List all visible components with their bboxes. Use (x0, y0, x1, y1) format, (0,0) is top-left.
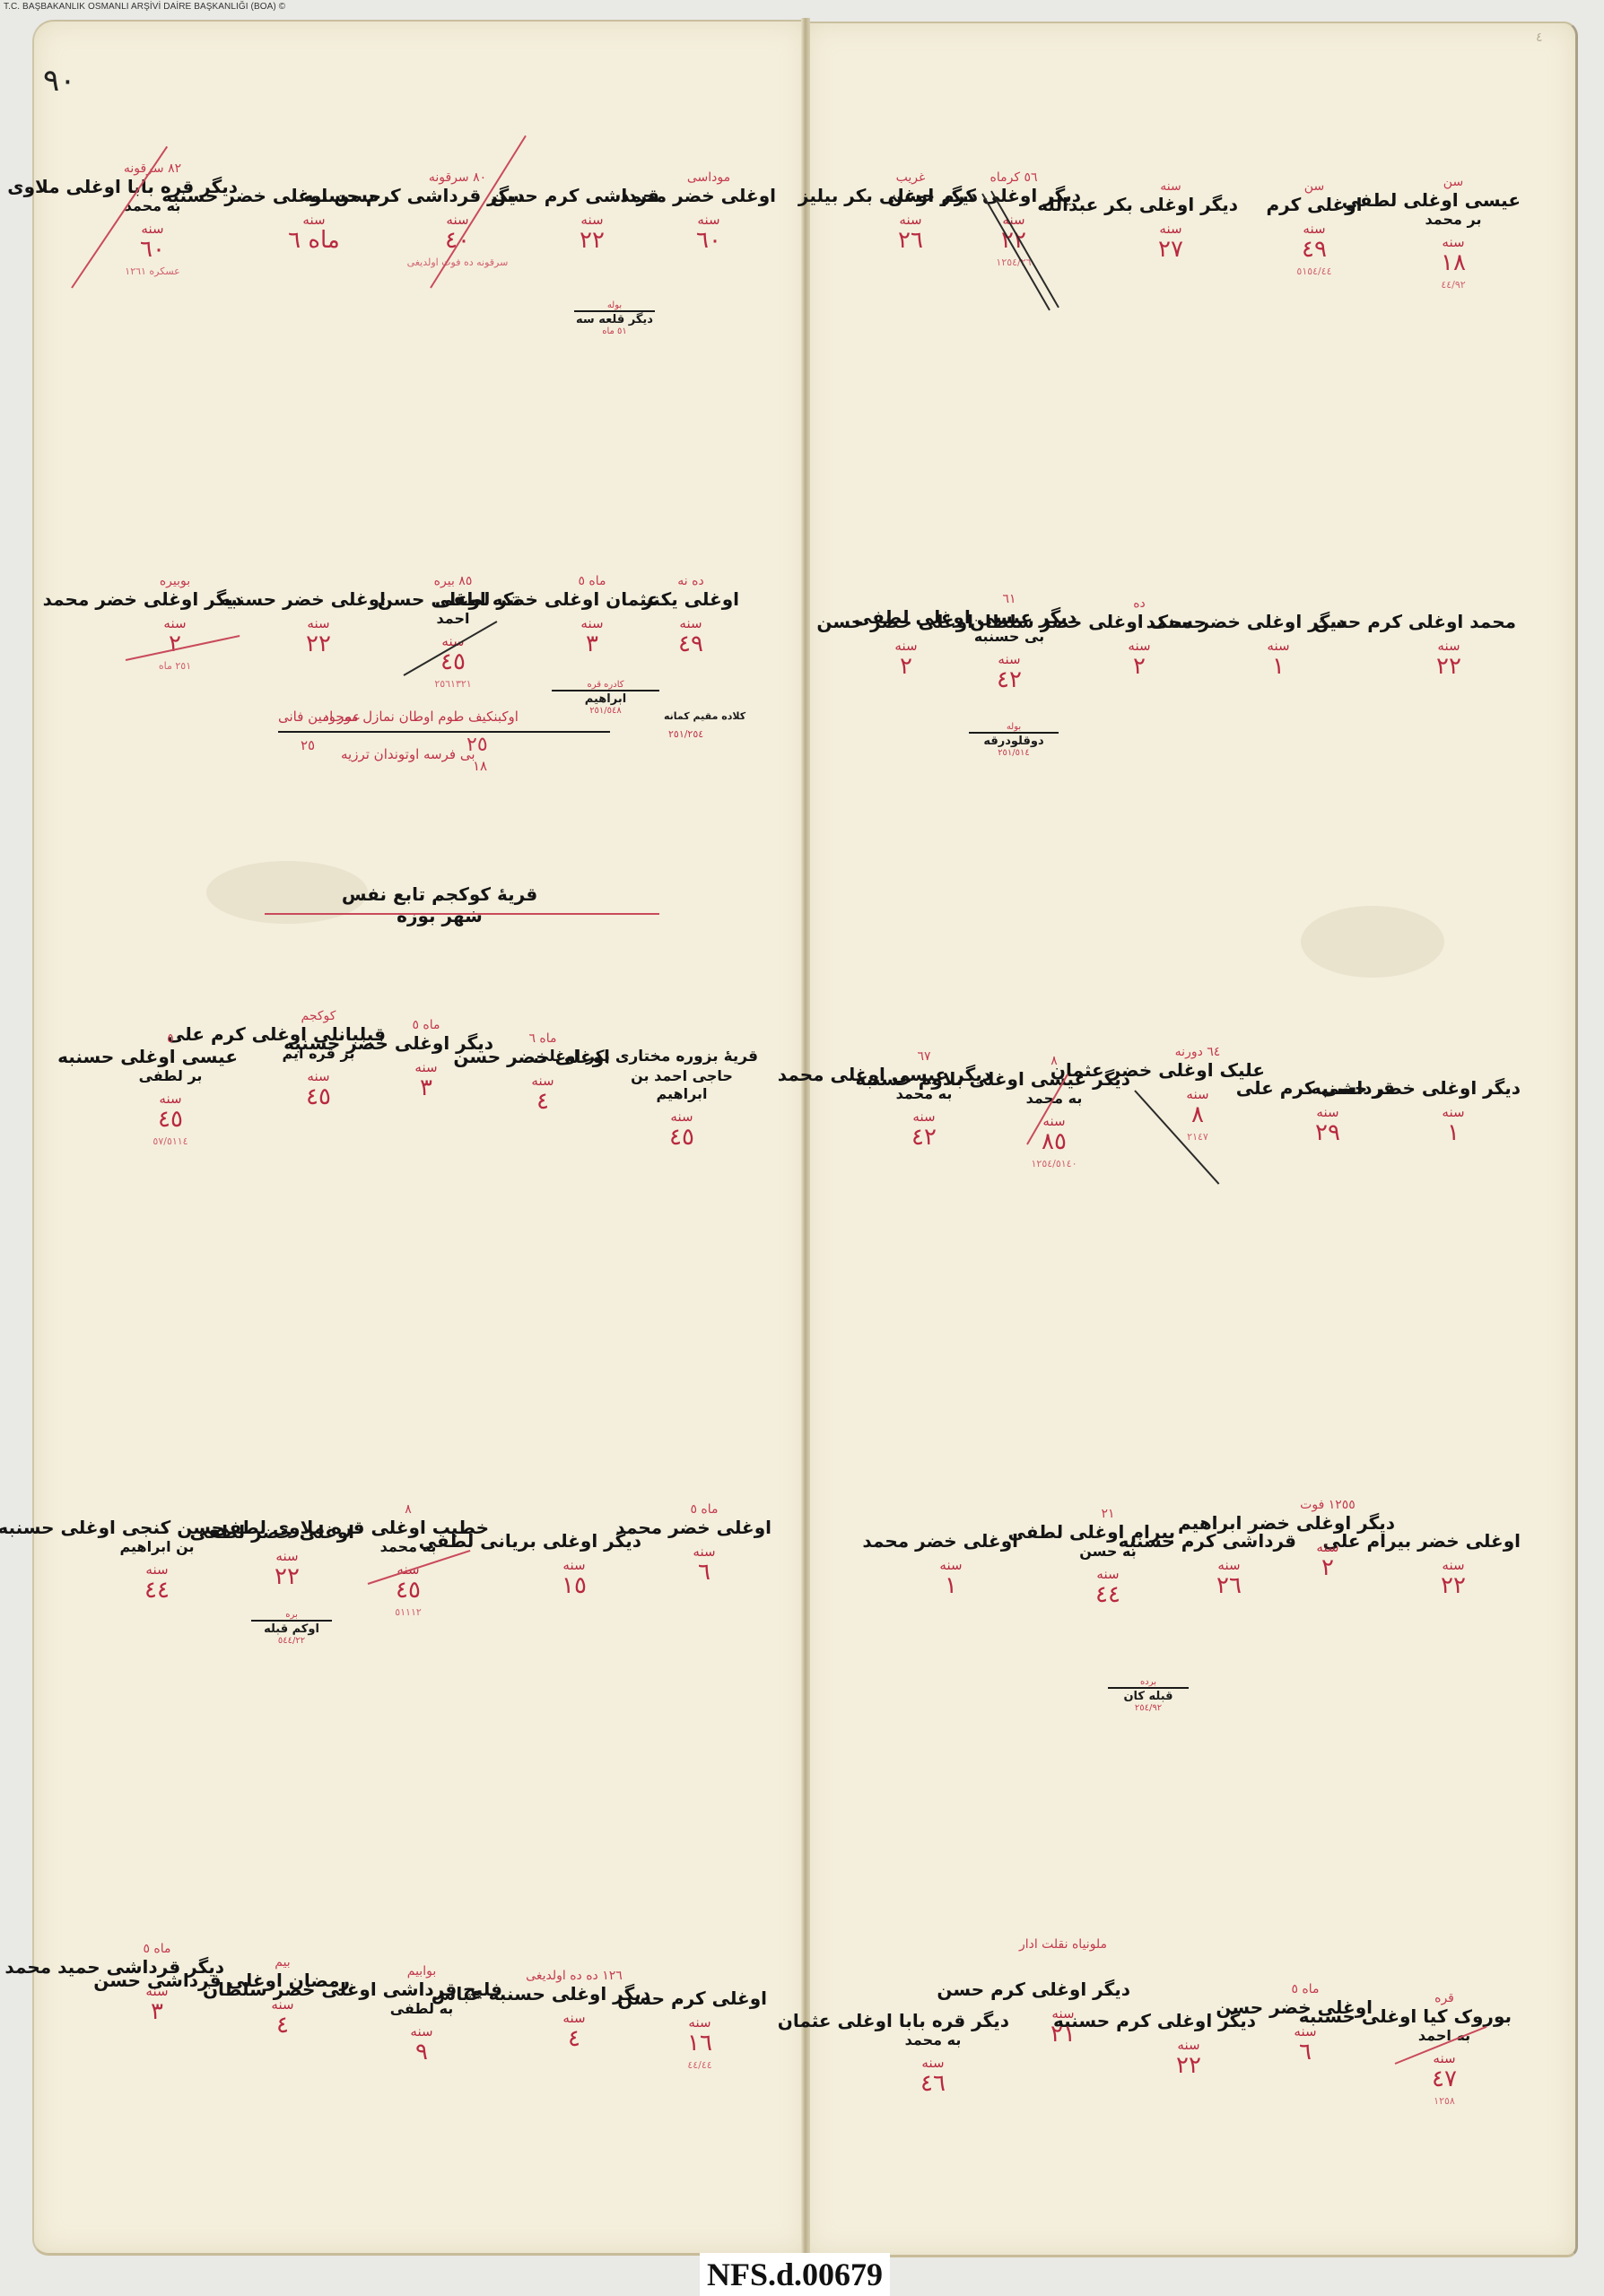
register-entry: ده حسنک اوغلی خضر سلطان سنه ٢ (1072, 596, 1207, 679)
entry-name: اوغلی کرم (1247, 194, 1382, 215)
entry-name: حسن کنجی اوغلی حسنبه (90, 1517, 224, 1538)
entry-name: تکه اوغلی حسن (386, 588, 520, 610)
entry-age: ٢٢ (525, 228, 659, 253)
register-entry: اوغلی خضر حسنبه سنه ٢٢ (251, 574, 386, 657)
entry-name: اوغلی خضر لطفی (220, 1521, 354, 1543)
entry-note (220, 1507, 354, 1521)
entry-age: ١ (1386, 1120, 1521, 1145)
register-entry: ماه ٦ اوغلی خضر حسن سنه ٤ (475, 1031, 610, 1114)
entry-age: ٣ (90, 1999, 224, 2024)
entry-note (1382, 596, 1516, 611)
register-entry: ماه ٥ عثمان اوغلی خضر لطفی سنه ٣ (525, 574, 659, 657)
entry-age: ١٦ (632, 2031, 767, 2056)
entry-note (1386, 1063, 1521, 1077)
entry-age: ٤ (498, 2026, 650, 2051)
entry-age: ٤٧ (1377, 2066, 1512, 2092)
entry-age: ٤٢ (857, 1125, 991, 1150)
section-bottom-note: بی فرسه اوتوندان ترزیه (341, 746, 475, 762)
entry-age: ١٥ (507, 1573, 641, 1598)
register-entry: ماه ٥ دیگر قرداشی حمید محمد سنه ٣ (90, 1942, 224, 2024)
entry-name: عثمان اوغلی خضر لطفی (525, 588, 659, 610)
entry-age: ٩ (341, 2039, 502, 2065)
entry-name: رمضان اوغلی قرداشی حسن (215, 1970, 350, 1991)
entry-name: اوغلی خضر حسن (1238, 1996, 1373, 2018)
entry-sub: حاجی احمد بن ابراهیم (606, 1067, 758, 1103)
entry-age: ١٨ (1386, 250, 1521, 275)
register-entry: بوابیم فلیچ قرداشی اوغلی خضر سلطان به لط… (341, 1964, 502, 2065)
entry-name: دیگر قره بابا اوغلی عثمان (857, 2010, 1009, 2031)
section-header-rule (265, 913, 659, 915)
age-label: سنه (251, 615, 386, 631)
entry-sub: به محمد (857, 2031, 1009, 2049)
section-rule (278, 731, 610, 733)
age-label: سنه (67, 221, 238, 237)
entry-name: دیگر قرداشی حمید محمد (90, 1956, 224, 1978)
entry-age: ٢٧ (1103, 237, 1238, 262)
entry-age: ٢٦ (843, 228, 978, 253)
entry-age: ٢٢ (1121, 2053, 1256, 2078)
register-entry: قرداشی کرم علی سنه ٢٩ (1260, 1063, 1395, 1145)
age-label: سنه (1238, 2023, 1373, 2039)
register-entry: اوغلی خضر محمد سنه ١ (884, 1516, 1018, 1598)
entry-note (857, 1996, 1009, 2010)
entry-name: دیگر قره بابا اوغلی ملاوی لطفی (67, 176, 238, 197)
household-count: ٢٥١/٢٥٤ (668, 728, 703, 740)
entry-note: ٨٥ بیره (386, 574, 520, 588)
entry-note: ٢١ (1041, 1507, 1175, 1521)
entry-age: ٣ (525, 631, 659, 657)
margin-note: ١٢٥٤/٢٦ (946, 257, 1081, 268)
register-entry: قرداشی کرم حسن سنه ٢٢ (525, 170, 659, 253)
register-entry: سن عیسی اوغلی لطفی بر محمد سنه ١٨ ٤٤/٩٢ (1386, 175, 1521, 291)
entry-age: ٤٥ (251, 1084, 386, 1109)
entry-note: ماه ٦ (475, 1031, 610, 1046)
entry-age: ٤٥ (606, 1125, 758, 1150)
entry-name: اوغلی خضر محمد (637, 1517, 771, 1538)
register-entry: ٥ عیسی اوغلی حسنبه بر لطفی سنه ٤٥ ٥٧/٥١١… (103, 1031, 238, 1147)
age-label: سنه (247, 212, 381, 228)
age-label: سنه (341, 2023, 502, 2039)
entry-age: ٤ (475, 1089, 610, 1114)
entry-age: ٢٢ (220, 1564, 354, 1589)
entry-note (525, 170, 659, 185)
entry-name: قبلبانلی اوغلی کرم علی (251, 1023, 386, 1045)
entry-name: اوغلی خضر بیرام علی (1386, 1530, 1521, 1552)
entry-sub: بر قره ایم (251, 1045, 386, 1063)
age-label: سنه (251, 1068, 386, 1084)
register-entry: اوغلی خضر بیرام علی سنه ٢٢ (1386, 1516, 1521, 1598)
entry-age: ٦ (1238, 2039, 1373, 2065)
age-label: سنه (978, 1113, 1130, 1129)
margin-note: ٢١٤٧ (1130, 1131, 1265, 1143)
row-subtotal-stamp: بوله دوقلودرقه ٢٥١/٥١٤ (969, 722, 1059, 758)
entry-name: حسنک اوغلی خضر سلطان (1072, 611, 1207, 632)
register-entry: دیگر اوغلی بریانی لطفی سنه ١٥ (507, 1516, 641, 1598)
row-subtotal-stamp: بوله دیگر قلعه سه ٥١ ماه (574, 300, 655, 336)
entry-age: ٦ (637, 1560, 771, 1585)
entry-note (1211, 596, 1346, 611)
entry-name: دیگر اوغلی حسنبه عباس (498, 1983, 650, 2005)
entry-note: کوکجم (251, 1009, 386, 1023)
age-label: سنه (1386, 1104, 1521, 1120)
entry-note: موداسی (641, 170, 776, 185)
entry-age: ٤٥ (103, 1107, 238, 1132)
village-section-header: قریۀ کوکجم تابع نفس شهر بوزه (323, 883, 556, 926)
entry-age: ٢٦ (1162, 1573, 1296, 1598)
age-label: سنه (632, 2014, 767, 2031)
entry-age: ١ (1211, 654, 1346, 679)
entry-name: فلیچ قرداشی اوغلی خضر سلطان (341, 1979, 502, 2000)
age-label: سنه (1041, 1566, 1175, 1582)
margin-note: ٤٤/٩٢ (1386, 279, 1521, 291)
register-entry: ملونیاه نقلت ادار دیگر اوغلی کرم حسن سنه… (996, 1937, 1130, 2047)
margin-note: ٢٥٦١٣٢١ (386, 678, 520, 690)
register-entry: ماه ٥ اوغلی خضر محمد سنه ٦ (637, 1502, 771, 1585)
entry-note (1162, 1516, 1296, 1530)
entry-note: ٨٠ سرقونه (390, 170, 525, 185)
entry-age: ٤٤ (90, 1578, 224, 1603)
entry-name: اوغلی کرم حسن (632, 1987, 767, 2009)
register-entry: بیم رمضان اوغلی قرداشی حسن سنه ٤ (215, 1955, 350, 2038)
entry-name: حسن اوغلی خضر حسنبه (247, 185, 381, 206)
entry-age: ٢ (1072, 654, 1207, 679)
age-label: سنه (475, 1073, 610, 1089)
register-entry: قریۀ بزوره مختاری بکر اوغلی حاجی احمد بن… (606, 1031, 758, 1150)
margin-note: عسکره ١٢٦١ (67, 265, 238, 277)
entry-note: ماه ٥ (637, 1502, 771, 1517)
entry-age: ٢١ (996, 2022, 1130, 2047)
archive-reference-label: NFS.d.00679 (700, 2253, 890, 2296)
entry-sub: احمد (386, 610, 520, 628)
entry-age: ٢ (108, 631, 242, 657)
entry-age: ٤٩ (1247, 237, 1382, 262)
entry-note: بوبیره (108, 574, 242, 588)
paper-stain (1301, 906, 1444, 978)
entry-name: دیگر اوغلی بکر بیلیز (843, 185, 978, 206)
margin-note: ١٢٥٤/٥١٤٠ (978, 1158, 1130, 1170)
entry-sub: بن ابراهیم (90, 1538, 224, 1556)
entry-age: ٢٩ (1260, 1120, 1395, 1145)
entry-name: بیرام اوغلی لطفی (1041, 1521, 1175, 1543)
book-spine (801, 18, 810, 2257)
register-entry: غریب دیگر اوغلی بکر بیلیز سنه ٢٦ (843, 170, 978, 253)
entry-name: دیگر اوغلی خضر محمد (108, 588, 242, 610)
entry-sub: به حسن (1041, 1543, 1175, 1561)
entry-note: ٥ (103, 1031, 238, 1046)
entry-note: ١٢٥٥ فوت (1260, 1498, 1395, 1512)
age-label: سنه (498, 2010, 650, 2026)
entry-note (1260, 1063, 1395, 1077)
age-label: سنه (839, 638, 973, 654)
register-entry: بوبیره دیگر اوغلی خضر محمد سنه ٢ ٢٥١ ماه (108, 574, 242, 672)
entry-note: سن (1386, 175, 1521, 189)
folio-number-right: ٤ (1536, 30, 1543, 45)
entry-note: ٦٤ دورنه (1130, 1045, 1265, 1059)
age-label: سنه (525, 615, 659, 631)
age-label: سنه (215, 1996, 350, 2013)
section-age-left: ٢٥ (301, 737, 315, 753)
register-entry: دیگر اوغلی کرم حسنبه سنه ٢٢ (1121, 1996, 1256, 2078)
register-entry: قره بوروک کیا اوغلی حسنبه به احمد سنه ٤٧… (1377, 1991, 1512, 2107)
age-label: سنه (1382, 638, 1516, 654)
register-entry: اوغلی خضر لطفی سنه ٢٢ (220, 1507, 354, 1589)
entry-name: قریۀ بزوره مختاری بکر اوغلی (606, 1046, 758, 1067)
age-label: سنه (1103, 221, 1238, 237)
age-label: سنه (1072, 638, 1207, 654)
register-entry: کوکجم قبلبانلی اوغلی کرم علی بر قره ایم … (251, 1009, 386, 1109)
margin-note: ٤٤/٤٤ (632, 2059, 767, 2071)
margin-note: ٢٥١ ماه (108, 660, 242, 672)
entry-name: بوروک کیا اوغلی حسنبه (1377, 2005, 1512, 2027)
register-entry: اوغلی کرم حسن سنه ١٦ ٤٤/٤٤ (632, 1973, 767, 2071)
register-entry: سن اوغلی کرم سنه ٤٩ ٥١٥٤/٤٤ (1247, 179, 1382, 277)
margin-note: ٥٧/٥١١٤ (103, 1135, 238, 1147)
age-label: سنه (857, 2055, 1009, 2071)
entry-name: اوغلی خضر حسنبه (251, 588, 386, 610)
age-label: سنه (525, 212, 659, 228)
entry-note (90, 1502, 224, 1517)
register-entry: ١٢٦ ده ده اولدیغی دیگر اوغلی حسنبه عباس … (498, 1969, 650, 2051)
entry-age: ماه ٦ (247, 228, 381, 253)
entry-note: بیم (215, 1955, 350, 1970)
register-entry: حسن اوغلی خضر حسنبه سنه ماه ٦ (247, 170, 381, 253)
folio-number: ٩٠ (43, 63, 76, 99)
entry-age: ٤ (215, 2013, 350, 2038)
register-entry: دیگر اوغلی خضر حسنبه سنه ١ (1386, 1063, 1521, 1145)
entry-name: اوغلی خضر محمد (641, 185, 776, 206)
age-label: سنه (108, 615, 242, 631)
age-label: سنه (1130, 1086, 1265, 1102)
margin-note: سرقونه ده فوت اولدیغی (390, 257, 525, 268)
entry-age: ٦٠ (641, 228, 776, 253)
register-entry: ٦٤ دورنه علیک اوغلی خضر عثمان سنه ٨ ٢١٤٧ (1130, 1045, 1265, 1143)
entry-name: اوغلی خضر حسن (839, 611, 973, 632)
register-entry: حسن کنجی اوغلی حسنبه بن ابراهیم سنه ٤٤ (90, 1502, 224, 1603)
entry-name: دیگر اوغلی خضر محمد (1211, 611, 1346, 632)
entry-note (1121, 1996, 1256, 2010)
entry-sub: بر محمد (1386, 211, 1521, 229)
age-label: سنه (1162, 1557, 1296, 1573)
margin-note: ٥١٥٤/٤٤ (1247, 265, 1382, 277)
entry-sub: به محمد (857, 1085, 991, 1103)
entry-name: قرداشی کرم حسنبه (1162, 1530, 1296, 1552)
register-entry: محمد اوغلی کرم حسن سنه ٢٢ (1382, 596, 1516, 679)
entry-note (884, 1516, 1018, 1530)
age-label: سنه (637, 1544, 771, 1560)
entry-note (839, 596, 973, 611)
entry-note: سن (1247, 179, 1382, 194)
entry-note: ماه ٥ (525, 574, 659, 588)
register-entry: ٢١ بیرام اوغلی لطفی به حسن سنه ٤٤ (1041, 1507, 1175, 1607)
register-entry: ٦٧ دیگر عیسی اوغلی محمد به محمد سنه ٤٢ (857, 1049, 991, 1150)
entry-note (507, 1516, 641, 1530)
age-label: سنه (90, 1561, 224, 1578)
entry-note: ماه ٥ (90, 1942, 224, 1956)
entry-note: ملونیاه نقلت ادار (996, 1937, 1130, 1952)
entry-note (606, 1031, 758, 1046)
register-entry: ٨٢ سرقونه دیگر قره بابا اوغلی ملاوی لطفی… (67, 161, 238, 277)
entry-note: غریب (843, 170, 978, 185)
entry-age: ٢٢ (1386, 1573, 1521, 1598)
register-entry: دیگر قره بابا اوغلی عثمان به محمد سنه ٤٦ (857, 1996, 1009, 2096)
age-label: سنه (884, 1557, 1018, 1573)
archive-credit: T.C. BAŞBAKANLIK OSMANLI ARŞİVİ DAİRE BA… (4, 2, 285, 12)
register-entry: اوغلی خضر حسن سنه ٢ (839, 596, 973, 679)
entry-note: ٦٧ (857, 1049, 991, 1064)
row-subtotal-stamp: برده قبله کان ٢٥٤/٩٢ (1108, 1677, 1189, 1713)
entry-note: قره (1377, 1991, 1512, 2005)
entry-name: دیگر عیسی اوغلی محمد (857, 1064, 991, 1085)
age-label: سنه (1386, 1557, 1521, 1573)
entry-name: دیگر اوغلی کرم حسن (996, 1979, 1130, 2000)
entry-sub: بر لطفی (103, 1067, 238, 1085)
age-label: سنه (1386, 234, 1521, 250)
entry-age: ٤٠ (390, 228, 525, 253)
register-entry: دیگر اوغلی خضر محمد سنه ١ (1211, 596, 1346, 679)
entry-name: قرداشی کرم علی (1260, 1077, 1395, 1099)
entry-note: ماه ٥ (1238, 1982, 1373, 1996)
entry-note: ١٢٦ ده ده اولدیغی (498, 1969, 650, 1983)
age-label: سنه (857, 1109, 991, 1125)
entry-note (1386, 1516, 1521, 1530)
entry-name: قرداشی کرم حسن (525, 185, 659, 206)
register-entry: قرداشی کرم حسنبه سنه ٢٦ (1162, 1516, 1296, 1598)
entry-name: دیگر عیسی اوغلی بلاوم حسنبه (978, 1068, 1130, 1090)
entry-note: ده (1072, 596, 1207, 611)
register-entry: ماه ٥ اوغلی خضر حسن سنه ٦ (1238, 1982, 1373, 2065)
age-label: سنه (1377, 2050, 1512, 2066)
entry-sub: به لطفی (341, 2000, 502, 2018)
age-label: سنه (220, 1548, 354, 1564)
age-label: سنه (1211, 638, 1346, 654)
entry-age: ٨٥ (978, 1129, 1130, 1154)
entry-age: ٢٢ (1382, 654, 1516, 679)
age-label: سنه (606, 1109, 758, 1125)
age-label: سنه (1260, 1104, 1395, 1120)
entry-name: دیگر قرداشی کرم حسنبه (390, 185, 525, 206)
row-subtotal-stamp: بره اوکم قبله ٥٤٤/٢٢ (251, 1610, 332, 1646)
register-entry: سنه دیگر اوغلی بکر عبدالله سنه ٢٧ (1103, 179, 1238, 262)
entry-name: دیگر اوغلی خضر حسنبه (1386, 1077, 1521, 1099)
margin-note: ١٢٥٨ (1377, 2095, 1512, 2107)
entry-name: اوغلی خضر حسن (475, 1046, 610, 1067)
entry-name: دیگر اوغلی بریانی لطفی (507, 1530, 641, 1552)
entry-name: دیگر اوغلی کرم حسنبه (1121, 2010, 1256, 2031)
entry-age: ٢ (839, 654, 973, 679)
age-label: سنه (641, 212, 776, 228)
entry-note: بوابیم (341, 1964, 502, 1979)
entry-note: سنه (1103, 179, 1238, 194)
age-label: سنه (390, 212, 525, 228)
age-label: سنه (90, 1983, 224, 1999)
entry-name: محمد اوغلی کرم حسن (1382, 611, 1516, 632)
entry-age: ١ (884, 1573, 1018, 1598)
margin-note: ٥١١١٢ (327, 1606, 489, 1618)
entry-note (632, 1973, 767, 1987)
entry-name: دیگر اوغلی بکر عبدالله (1103, 194, 1238, 215)
age-label: سنه (843, 212, 978, 228)
entry-name: عیسی اوغلی حسنبه (103, 1046, 238, 1067)
entry-name: اوغلی خضر محمد (884, 1530, 1018, 1552)
age-label: سنه (103, 1091, 238, 1107)
register-entry: موداسی اوغلی خضر محمد سنه ٦٠ (641, 170, 776, 253)
entry-sub: به محمد (67, 197, 238, 215)
entry-note (247, 170, 381, 185)
entry-name: عیسی اوغلی لطفی (1386, 189, 1521, 211)
entry-note: ٨ (978, 1054, 1130, 1068)
household-stamp: کادره قره ابراهیم ٢٥١/٥٤٨ (552, 680, 659, 716)
household-label: کلاده مقیم کمانه (664, 710, 745, 722)
age-label: سنه (1121, 2037, 1256, 2053)
entry-note (251, 574, 386, 588)
section-note-left: عمر امین فانی (278, 709, 361, 725)
register-entry: ٨ دیگر عیسی اوغلی بلاوم حسنبه به محمد سن… (978, 1054, 1130, 1170)
age-label: سنه (996, 2005, 1130, 2022)
age-label: سنه (1247, 221, 1382, 237)
register-entry: ٨٠ سرقونه دیگر قرداشی کرم حسنبه سنه ٤٠ س… (390, 170, 525, 268)
entry-age: ٤٤ (1041, 1582, 1175, 1607)
entry-age: ٤٥ (386, 649, 520, 674)
age-label: سنه (507, 1557, 641, 1573)
entry-age: ٤٦ (857, 2071, 1009, 2096)
entry-name: علیک اوغلی خضر عثمان (1130, 1059, 1265, 1081)
entry-age: ٢٢ (251, 631, 386, 657)
